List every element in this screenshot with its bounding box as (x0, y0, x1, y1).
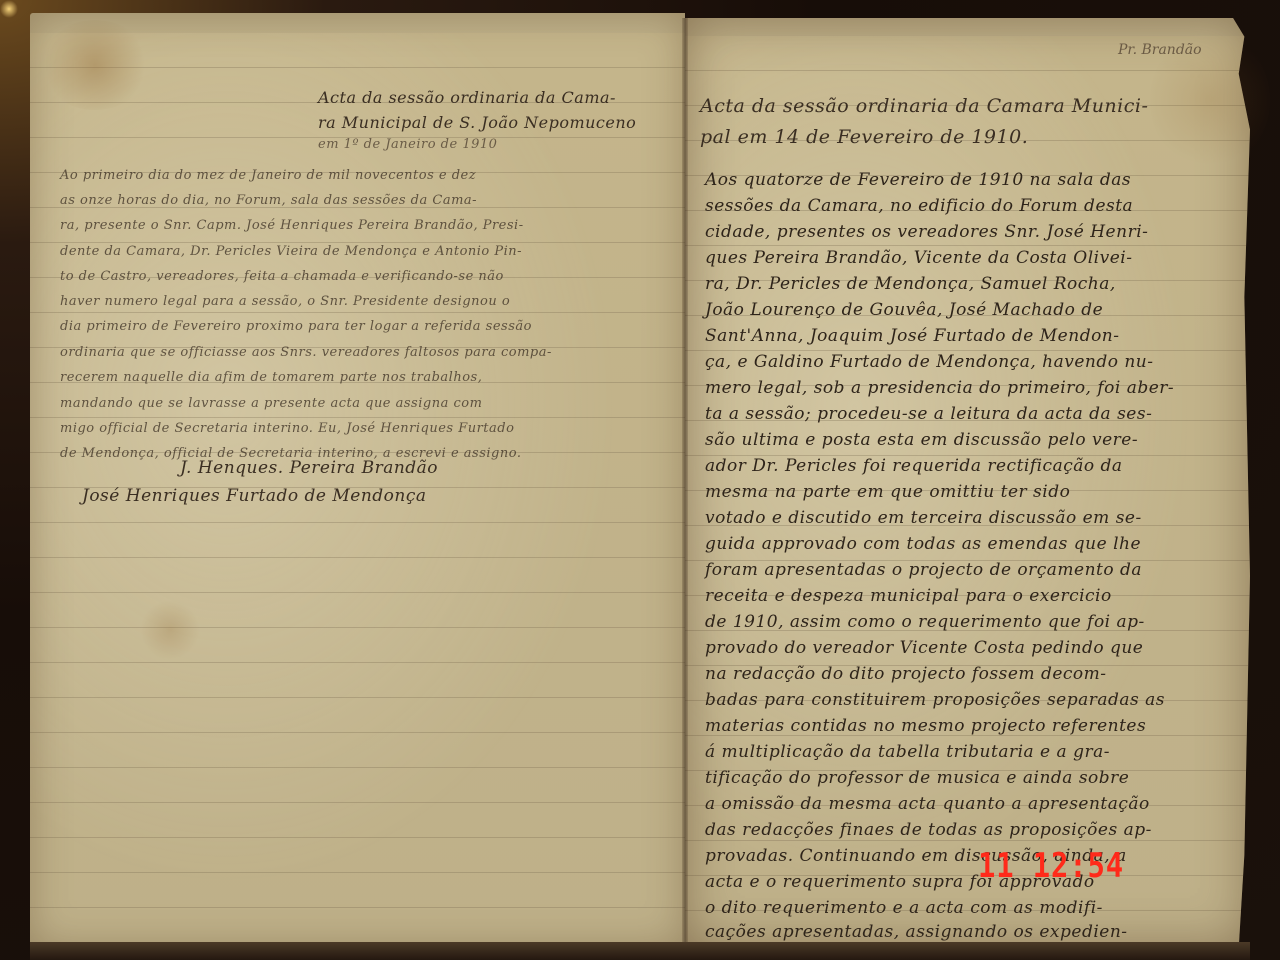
left-body-line: dia primeiro de Fevereiro proximo para t… (60, 319, 532, 334)
left-body-line: as onze horas do dia, no Forum, sala das… (60, 193, 477, 208)
right-body-line: guida approvado com todas as emendas que… (705, 534, 1141, 554)
right-body-line: João Lourenço de Gouvêa, José Machado de (705, 300, 1103, 320)
right-body-line: receita e despeza municipal para o exerc… (705, 586, 1112, 606)
left-body-line: ra, presente o Snr. Capm. José Henriques… (60, 218, 524, 233)
book-spine (682, 18, 688, 948)
right-body-line: a omissão da mesma acta quanto a apresen… (705, 794, 1150, 814)
right-body-line: tificação do professor de musica e ainda… (705, 768, 1129, 788)
right-body-line: na redacção do dito projecto fossem deco… (705, 664, 1107, 684)
right-body-line: provado do vereador Vicente Costa pedind… (705, 638, 1143, 658)
right-body-line: ador Dr. Pericles foi requerida rectific… (705, 456, 1123, 476)
right-body-line: ta a sessão; procedeu-se a leitura da ac… (705, 404, 1152, 424)
right-body-line: Sant'Anna, Joaquim José Furtado de Mendo… (705, 326, 1120, 346)
right-body-line: á multiplicação da tabella tributaria e … (705, 742, 1110, 762)
left-body-line: ordinaria que se officiasse aos Snrs. ve… (60, 345, 552, 360)
signature-secretary: José Henriques Furtado de Mendonça (82, 486, 427, 506)
corner-note: Pr. Brandão (1118, 42, 1202, 58)
right-body-line: das redacções finaes de todas as proposi… (705, 820, 1152, 840)
left-body-line: haver numero legal para a sessão, o Snr.… (60, 294, 510, 309)
right-title-line: Acta da sessão ordinaria da Camara Munic… (700, 95, 1148, 117)
right-body-line: materias contidas no mesmo projecto refe… (705, 716, 1146, 736)
right-body-line: sessões da Camara, no edificio do Forum … (705, 196, 1133, 216)
right-body-line: o dito requerimento e a acta com as modi… (705, 898, 1103, 918)
right-body-line: votado e discutido em terceira discussão… (705, 508, 1142, 528)
right-body-line: mero legal, sob a presidencia do primeir… (705, 378, 1174, 398)
left-body-line: mandando que se lavrasse a presente acta… (60, 396, 482, 411)
right-body-line: foram apresentadas o projecto de orçamen… (705, 560, 1142, 580)
left-body-line: recerem naquelle dia afim de tomarem par… (60, 370, 482, 385)
left-title-line: Acta da sessão ordinaria da Cama- (318, 88, 616, 107)
paper-stain (40, 20, 150, 110)
left-body-line: dente da Camara, Dr. Pericles Vieira de … (60, 244, 522, 259)
right-body-line: ra, Dr. Pericles de Mendonça, Samuel Roc… (705, 274, 1116, 294)
right-body-line: ques Pereira Brandão, Vicente da Costa O… (705, 248, 1132, 268)
left-page (30, 13, 685, 948)
left-body-line: migo official de Secretaria interino. Eu… (60, 421, 514, 436)
right-body-line: cidade, presentes os vereadores Snr. Jos… (705, 222, 1148, 242)
right-body-line: badas para constituirem proposições sepa… (705, 690, 1165, 710)
right-title-line: pal em 14 de Fevereiro de 1910. (700, 126, 1028, 148)
camera-timestamp: 11 12:54 (978, 846, 1124, 886)
left-body-line: Ao primeiro dia do mez de Janeiro de mil… (60, 168, 476, 183)
right-body-line: são ultima e posta esta em discussão pel… (705, 430, 1138, 450)
paper-stain (140, 600, 200, 660)
right-body-line: Aos quatorze de Fevereiro de 1910 na sal… (705, 170, 1131, 190)
book-bottom-edge (30, 942, 1250, 960)
right-body-line: mesma na parte em que omittiu ter sido (705, 482, 1070, 502)
left-body-line: to de Castro, vereadores, feita a chamad… (60, 269, 504, 284)
right-body-line: ça, e Galdino Furtado de Mendonça, haven… (705, 352, 1154, 372)
light-glint (0, 0, 18, 18)
right-body-line: cações apresentadas, assignando os exped… (705, 922, 1128, 942)
left-title-line: ra Municipal de S. João Nepomuceno (318, 113, 636, 132)
left-title-line: em 1º de Janeiro de 1910 (318, 137, 497, 152)
right-body-line: de 1910, assim como o requerimento que f… (705, 612, 1145, 632)
signature-president: J. Henques. Pereira Brandão (180, 458, 438, 478)
